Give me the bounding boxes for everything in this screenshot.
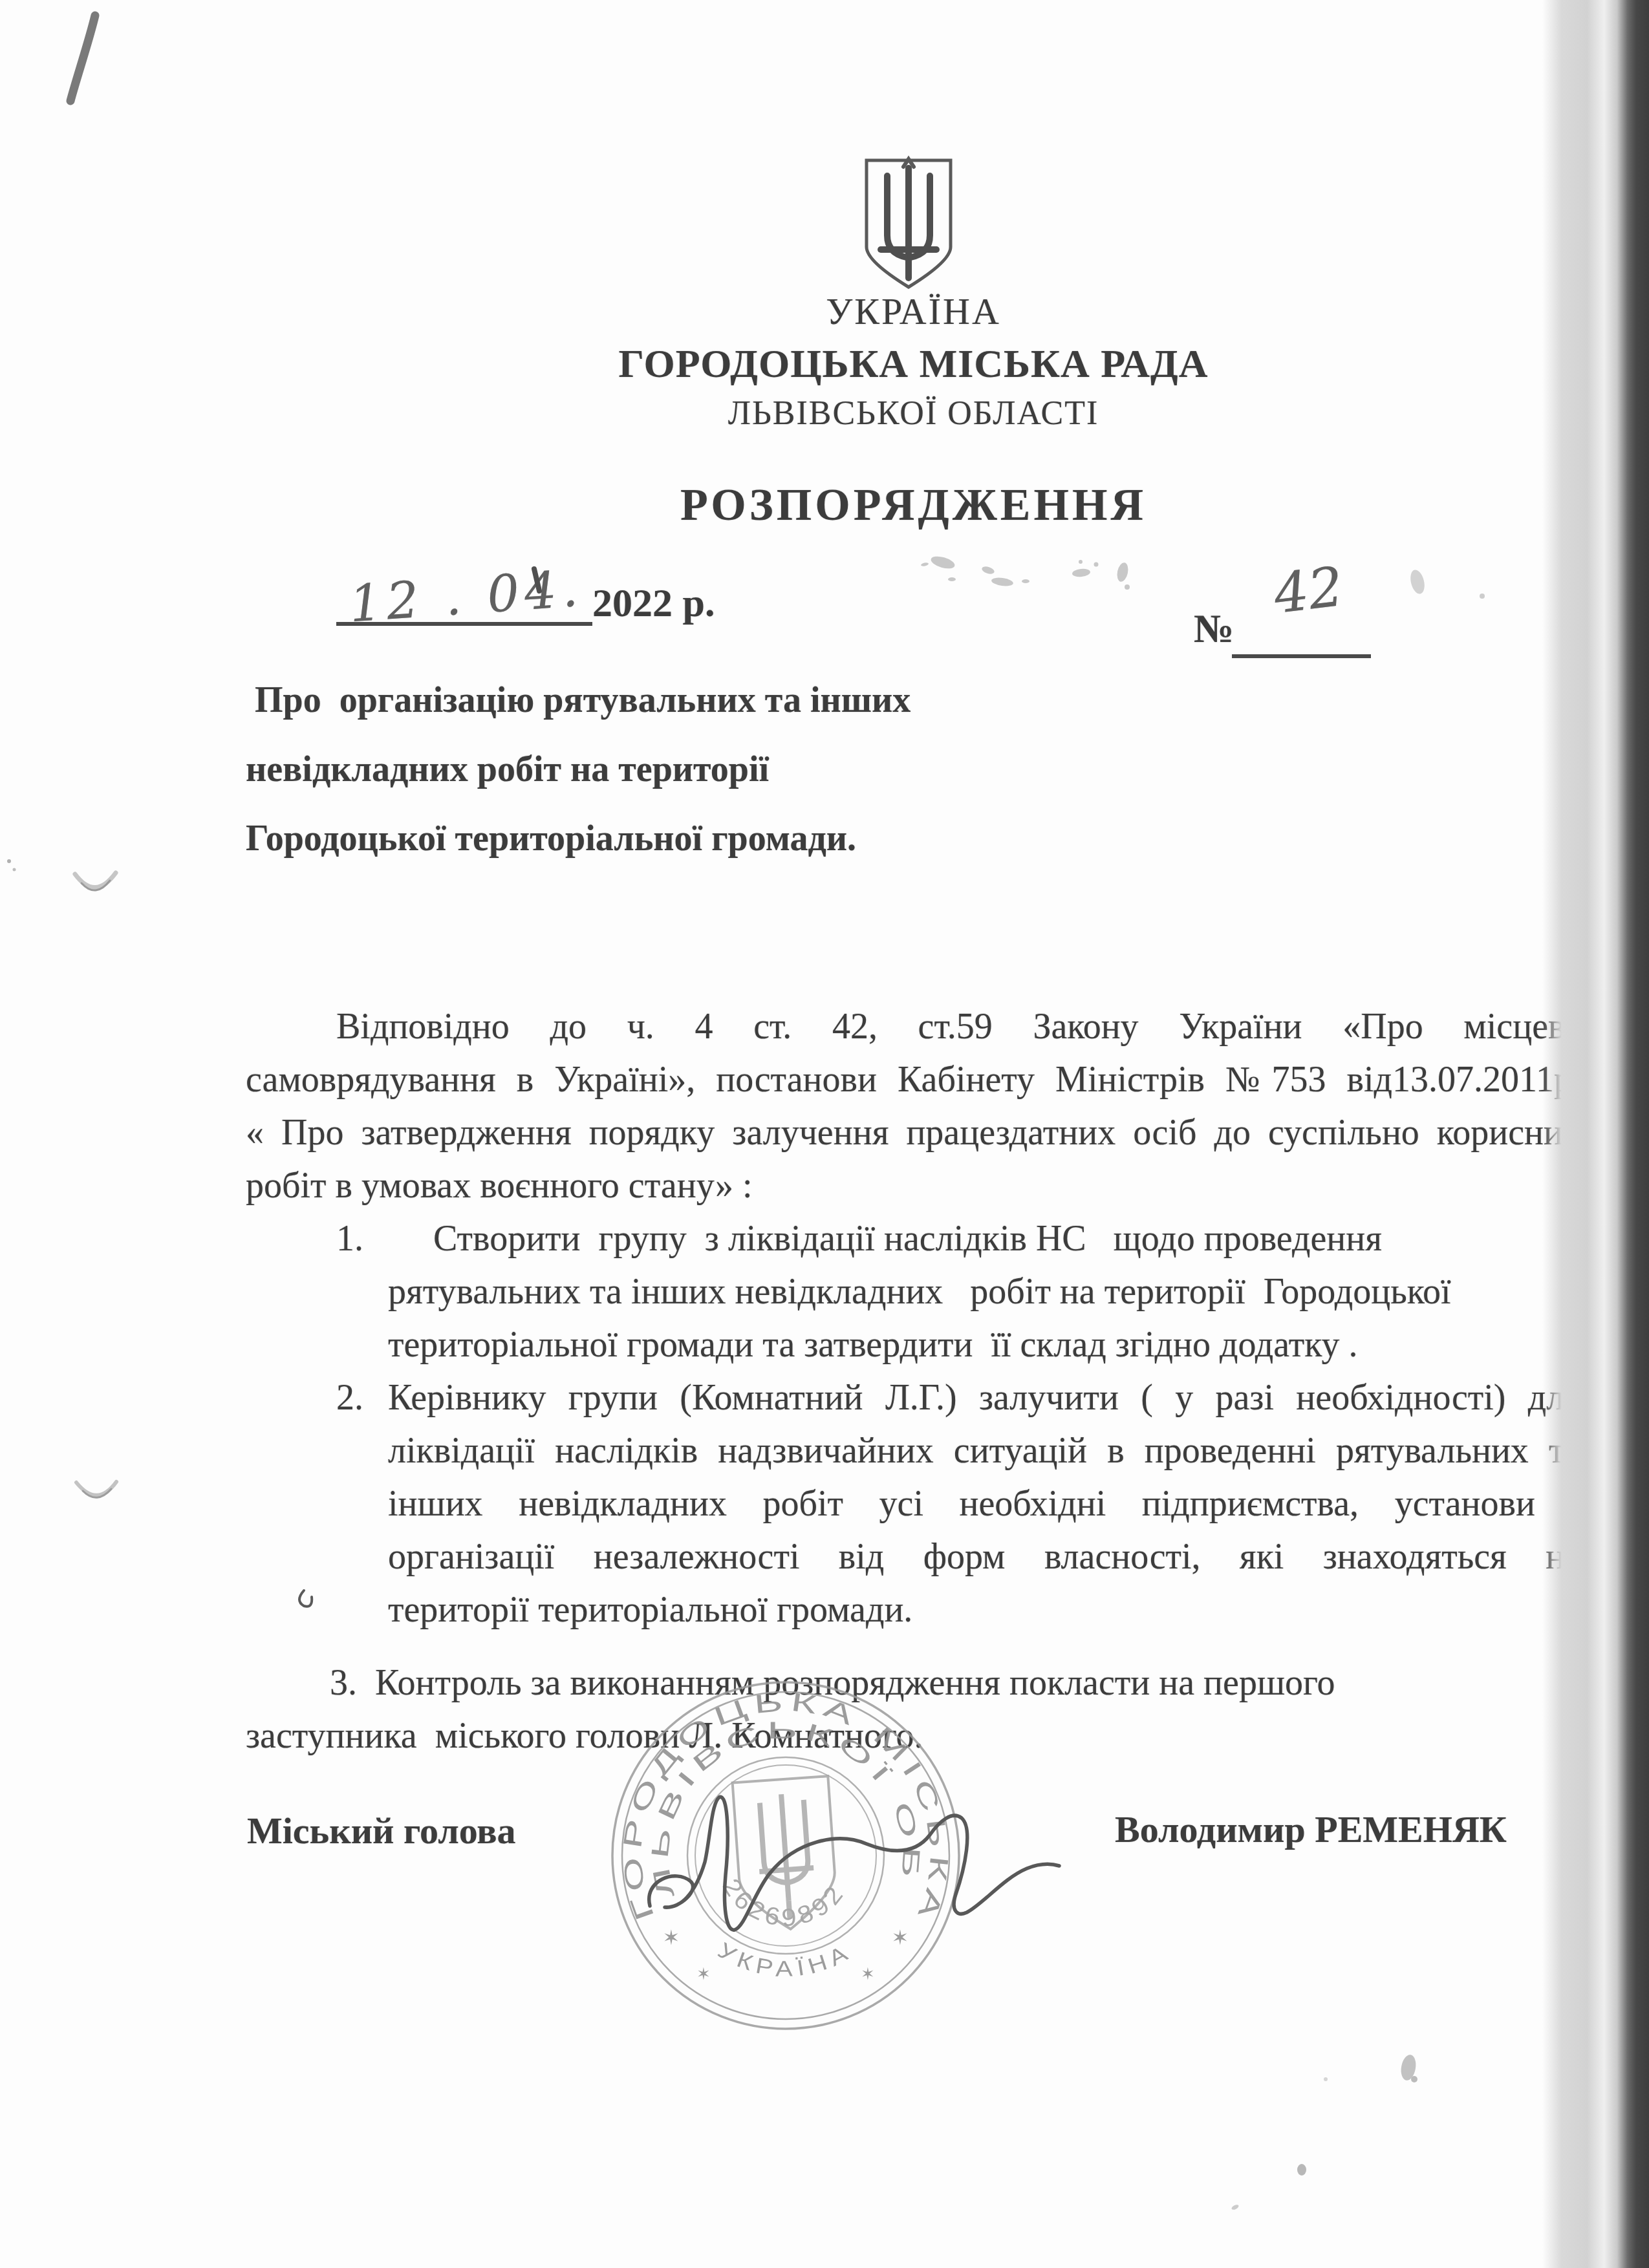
scanned-document-page: УКРАЇНА ГОРОДОЦЬКА МІСЬКА РАДА ЛЬВІВСЬКО… (0, 0, 1649, 2268)
scanner-edge-shadow (1542, 0, 1649, 2268)
scan-artifacts (0, 0, 1649, 2268)
pen-stroke-mark (70, 16, 95, 101)
